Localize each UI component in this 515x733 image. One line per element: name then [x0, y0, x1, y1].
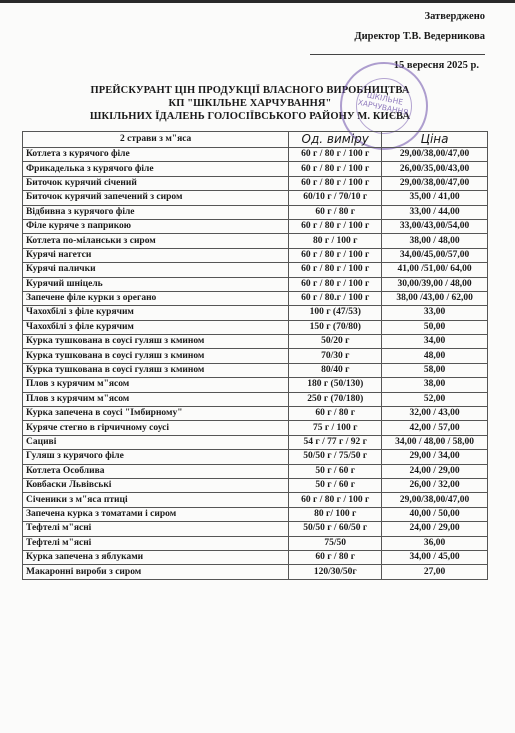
table-row: Курячі нагетси60 г / 80 г / 100 г34,00/4…	[23, 248, 488, 262]
cell-unit: 60 г / 80 г	[289, 550, 382, 564]
cell-price: 29,00/38,00/47,00	[382, 176, 488, 190]
cell-price: 38,00 /43,00 / 62,00	[382, 291, 488, 305]
cell-dish: Філе куряче з паприкою	[23, 219, 289, 233]
cell-unit: 250 г (70/180)	[289, 392, 382, 406]
cell-dish: Плов з курячим м"ясом	[23, 392, 289, 406]
table-row: Чахохбілі з філе курячим150 г (70/80)50,…	[23, 320, 488, 334]
cell-price: 38,00 / 48,00	[382, 234, 488, 248]
cell-dish: Курка тушкована в соусі гуляш з кмином	[23, 335, 289, 349]
cell-price: 58,00	[382, 363, 488, 377]
cell-dish: Курка тушкована в соусі гуляш з кмином	[23, 363, 289, 377]
cell-unit: 70/30 г	[289, 349, 382, 363]
cell-dish: Макаронні вироби з сиром	[23, 565, 289, 579]
cell-unit: 50/50 г / 75/50 г	[289, 450, 382, 464]
cell-unit: 75 г / 100 г	[289, 421, 382, 435]
cell-unit: 60 г / 80 г / 100 г	[289, 248, 382, 262]
cell-price: 33,00 / 44,00	[382, 205, 488, 219]
cell-price: 40,00 / 50,00	[382, 507, 488, 521]
cell-dish: Котлета Особлива	[23, 464, 289, 478]
cell-price: 33,00	[382, 306, 488, 320]
cell-dish: Курка запечена з яблуками	[23, 550, 289, 564]
cell-unit: 60 г / 80 г / 100 г	[289, 277, 382, 291]
cell-dish: Биточок курячий січений	[23, 176, 289, 190]
table-row: Тефтелі м"ясні50/50 г / 60/50 г24,00 / 2…	[23, 522, 488, 536]
cell-unit: 60 г / 80 г / 100 г	[289, 176, 382, 190]
cell-price: 41,00 /51,00/ 64,00	[382, 263, 488, 277]
cell-unit: 60/10 г / 70/10 г	[289, 191, 382, 205]
table-row: Курячий шніцель60 г / 80 г / 100 г30,00/…	[23, 277, 488, 291]
cell-dish: Тефтелі м"ясні	[23, 522, 289, 536]
cell-price: 36,00	[382, 536, 488, 550]
table-row: Курка запечена в соусі "Імбирному"60 г /…	[23, 407, 488, 421]
cell-price: 42,00 / 57,00	[382, 421, 488, 435]
table-row: Курячі палички60 г / 80 г / 100 г41,00 /…	[23, 263, 488, 277]
header-dish: 2 страви з м"яса	[23, 132, 289, 148]
table-row: Курка тушкована в соусі гуляш з кмином80…	[23, 363, 488, 377]
approved-label: Затверджено	[310, 10, 485, 24]
cell-dish: Ковбаски Львівські	[23, 478, 289, 492]
cell-unit: 80 г/ 100 г	[289, 507, 382, 521]
cell-price: 52,00	[382, 392, 488, 406]
cell-price: 33,00/43,00/54,00	[382, 219, 488, 233]
cell-price: 27,00	[382, 565, 488, 579]
approval-block: Затверджено Директор Т.В. Ведерникова 15…	[310, 10, 485, 73]
table-row: Курка запечена з яблуками60 г / 80 г34,0…	[23, 550, 488, 564]
table-row: Філе куряче з паприкою60 г / 80 г / 100 …	[23, 219, 488, 233]
cell-dish: Фрикаделька з курячого філе	[23, 162, 289, 176]
cell-unit: 180 г (50/130)	[289, 378, 382, 392]
table-row: Котлета по-міланськи з сиром80 г / 100 г…	[23, 234, 488, 248]
signature-underline	[310, 54, 485, 55]
cell-unit: 80 г / 100 г	[289, 234, 382, 248]
cell-dish: Плов з курячим м"ясом	[23, 378, 289, 392]
cell-unit: 60 г / 80 г / 100 г	[289, 263, 382, 277]
table-row: Запечене філе курки з орегано60 г / 80.г…	[23, 291, 488, 305]
cell-dish: Куряче стегно в гірчичному соусі	[23, 421, 289, 435]
cell-unit: 60 г / 80 г	[289, 205, 382, 219]
cell-price: 48,00	[382, 349, 488, 363]
cell-unit: 60 г / 80 г / 100 г	[289, 219, 382, 233]
cell-unit: 75/50	[289, 536, 382, 550]
title-line-1: ПРЕЙСКУРАНТ ЦІН ПРОДУКЦІЇ ВЛАСНОГО ВИРОБ…	[40, 84, 460, 97]
cell-unit: 50/20 г	[289, 335, 382, 349]
cell-dish: Запечена курка з томатами і сиром	[23, 507, 289, 521]
cell-unit: 54 г / 77 г / 92 г	[289, 435, 382, 449]
cell-price: 34,00 / 45,00	[382, 550, 488, 564]
cell-unit: 60 г / 80 г / 100 г	[289, 493, 382, 507]
scan-edge	[0, 0, 515, 3]
table-row: Січеники з м"яса птиці60 г / 80 г / 100 …	[23, 493, 488, 507]
header-price: Ціна	[382, 132, 488, 148]
document-title: ПРЕЙСКУРАНТ ЦІН ПРОДУКЦІЇ ВЛАСНОГО ВИРОБ…	[40, 84, 460, 123]
cell-price: 34,00 / 48,00 / 58,00	[382, 435, 488, 449]
cell-price: 34,00	[382, 335, 488, 349]
cell-price: 26,00/35,00/43,00	[382, 162, 488, 176]
cell-dish: Запечене філе курки з орегано	[23, 291, 289, 305]
cell-dish: Курячий шніцель	[23, 277, 289, 291]
cell-unit: 60 г / 80 г	[289, 407, 382, 421]
cell-price: 30,00/39,00 / 48,00	[382, 277, 488, 291]
table-row: Тефтелі м"ясні75/5036,00	[23, 536, 488, 550]
cell-unit: 60 г / 80 г / 100 г	[289, 148, 382, 162]
cell-price: 29,00/38,00/47,00	[382, 493, 488, 507]
title-line-3: ШКІЛЬНИХ ЇДАЛЕНЬ ГОЛОСІЇВСЬКОГО РАЙОНУ М…	[40, 110, 460, 123]
cell-dish: Чахохбілі з філе курячим	[23, 320, 289, 334]
cell-unit: 80/40 г	[289, 363, 382, 377]
cell-dish: Курячі нагетси	[23, 248, 289, 262]
table-row: Куряче стегно в гірчичному соусі75 г / 1…	[23, 421, 488, 435]
table-row: Відбивна з курячого філе60 г / 80 г33,00…	[23, 205, 488, 219]
cell-price: 29,00/38,00/47,00	[382, 148, 488, 162]
cell-dish: Курка тушкована в соусі гуляш з кмином	[23, 349, 289, 363]
cell-dish: Тефтелі м"ясні	[23, 536, 289, 550]
table-row: Котлета з курячого філе60 г / 80 г / 100…	[23, 148, 488, 162]
table-row: Курка тушкована в соусі гуляш з кмином70…	[23, 349, 488, 363]
table-row: Котлета Особлива50 г / 60 г24,00 / 29,00	[23, 464, 488, 478]
cell-price: 34,00/45,00/57,00	[382, 248, 488, 262]
table-row: Плов з курячим м"ясом250 г (70/180)52,00	[23, 392, 488, 406]
cell-unit: 50 г / 60 г	[289, 478, 382, 492]
cell-unit: 60 г / 80.г / 100 г	[289, 291, 382, 305]
cell-dish: Гуляш з курячого філе	[23, 450, 289, 464]
cell-unit: 120/30/50г	[289, 565, 382, 579]
table-row: Чахохбілі з філе курячим100 г (47/53)33,…	[23, 306, 488, 320]
cell-unit: 50 г / 60 г	[289, 464, 382, 478]
table-header-row: 2 страви з м"яса Од. виміру Ціна	[23, 132, 488, 148]
cell-dish: Биточок курячий запечений з сиром	[23, 191, 289, 205]
cell-unit: 150 г (70/80)	[289, 320, 382, 334]
cell-price: 38,00	[382, 378, 488, 392]
table-row: Гуляш з курячого філе50/50 г / 75/50 г29…	[23, 450, 488, 464]
table-row: Запечена курка з томатами і сиром80 г/ 1…	[23, 507, 488, 521]
cell-dish: Чахохбілі з філе курячим	[23, 306, 289, 320]
cell-price: 50,00	[382, 320, 488, 334]
table-row: Плов з курячим м"ясом180 г (50/130)38,00	[23, 378, 488, 392]
cell-price: 32,00 / 43,00	[382, 407, 488, 421]
cell-dish: Відбивна з курячого філе	[23, 205, 289, 219]
table-row: Курка тушкована в соусі гуляш з кмином50…	[23, 335, 488, 349]
table-row: Фрикаделька з курячого філе60 г / 80 г /…	[23, 162, 488, 176]
cell-unit: 60 г / 80 г / 100 г	[289, 162, 382, 176]
cell-price: 29,00 / 34,00	[382, 450, 488, 464]
cell-price: 26,00 / 32,00	[382, 478, 488, 492]
cell-price: 35,00 / 41,00	[382, 191, 488, 205]
cell-unit: 100 г (47/53)	[289, 306, 382, 320]
cell-dish: Сациві	[23, 435, 289, 449]
table-row: Макаронні вироби з сиром120/30/50г27,00	[23, 565, 488, 579]
director-signature-line: Директор Т.В. Ведерникова	[310, 30, 485, 44]
cell-unit: 50/50 г / 60/50 г	[289, 522, 382, 536]
cell-dish: Курка запечена в соусі "Імбирному"	[23, 407, 289, 421]
approval-date: 15 вересня 2025 р.	[310, 59, 479, 73]
cell-dish: Курячі палички	[23, 263, 289, 277]
cell-price: 24,00 / 29,00	[382, 522, 488, 536]
table-row: Биточок курячий січений60 г / 80 г / 100…	[23, 176, 488, 190]
cell-dish: Котлета з курячого філе	[23, 148, 289, 162]
cell-dish: Січеники з м"яса птиці	[23, 493, 289, 507]
header-unit: Од. виміру	[289, 132, 382, 148]
cell-price: 24,00 / 29,00	[382, 464, 488, 478]
price-table: 2 страви з м"яса Од. виміру Ціна Котлета…	[22, 131, 488, 580]
title-line-2: КП "ШКІЛЬНЕ ХАРЧУВАННЯ"	[40, 97, 460, 110]
table-row: Биточок курячий запечений з сиром60/10 г…	[23, 191, 488, 205]
table-row: Сациві54 г / 77 г / 92 г34,00 / 48,00 / …	[23, 435, 488, 449]
cell-dish: Котлета по-міланськи з сиром	[23, 234, 289, 248]
table-row: Ковбаски Львівські50 г / 60 г26,00 / 32,…	[23, 478, 488, 492]
